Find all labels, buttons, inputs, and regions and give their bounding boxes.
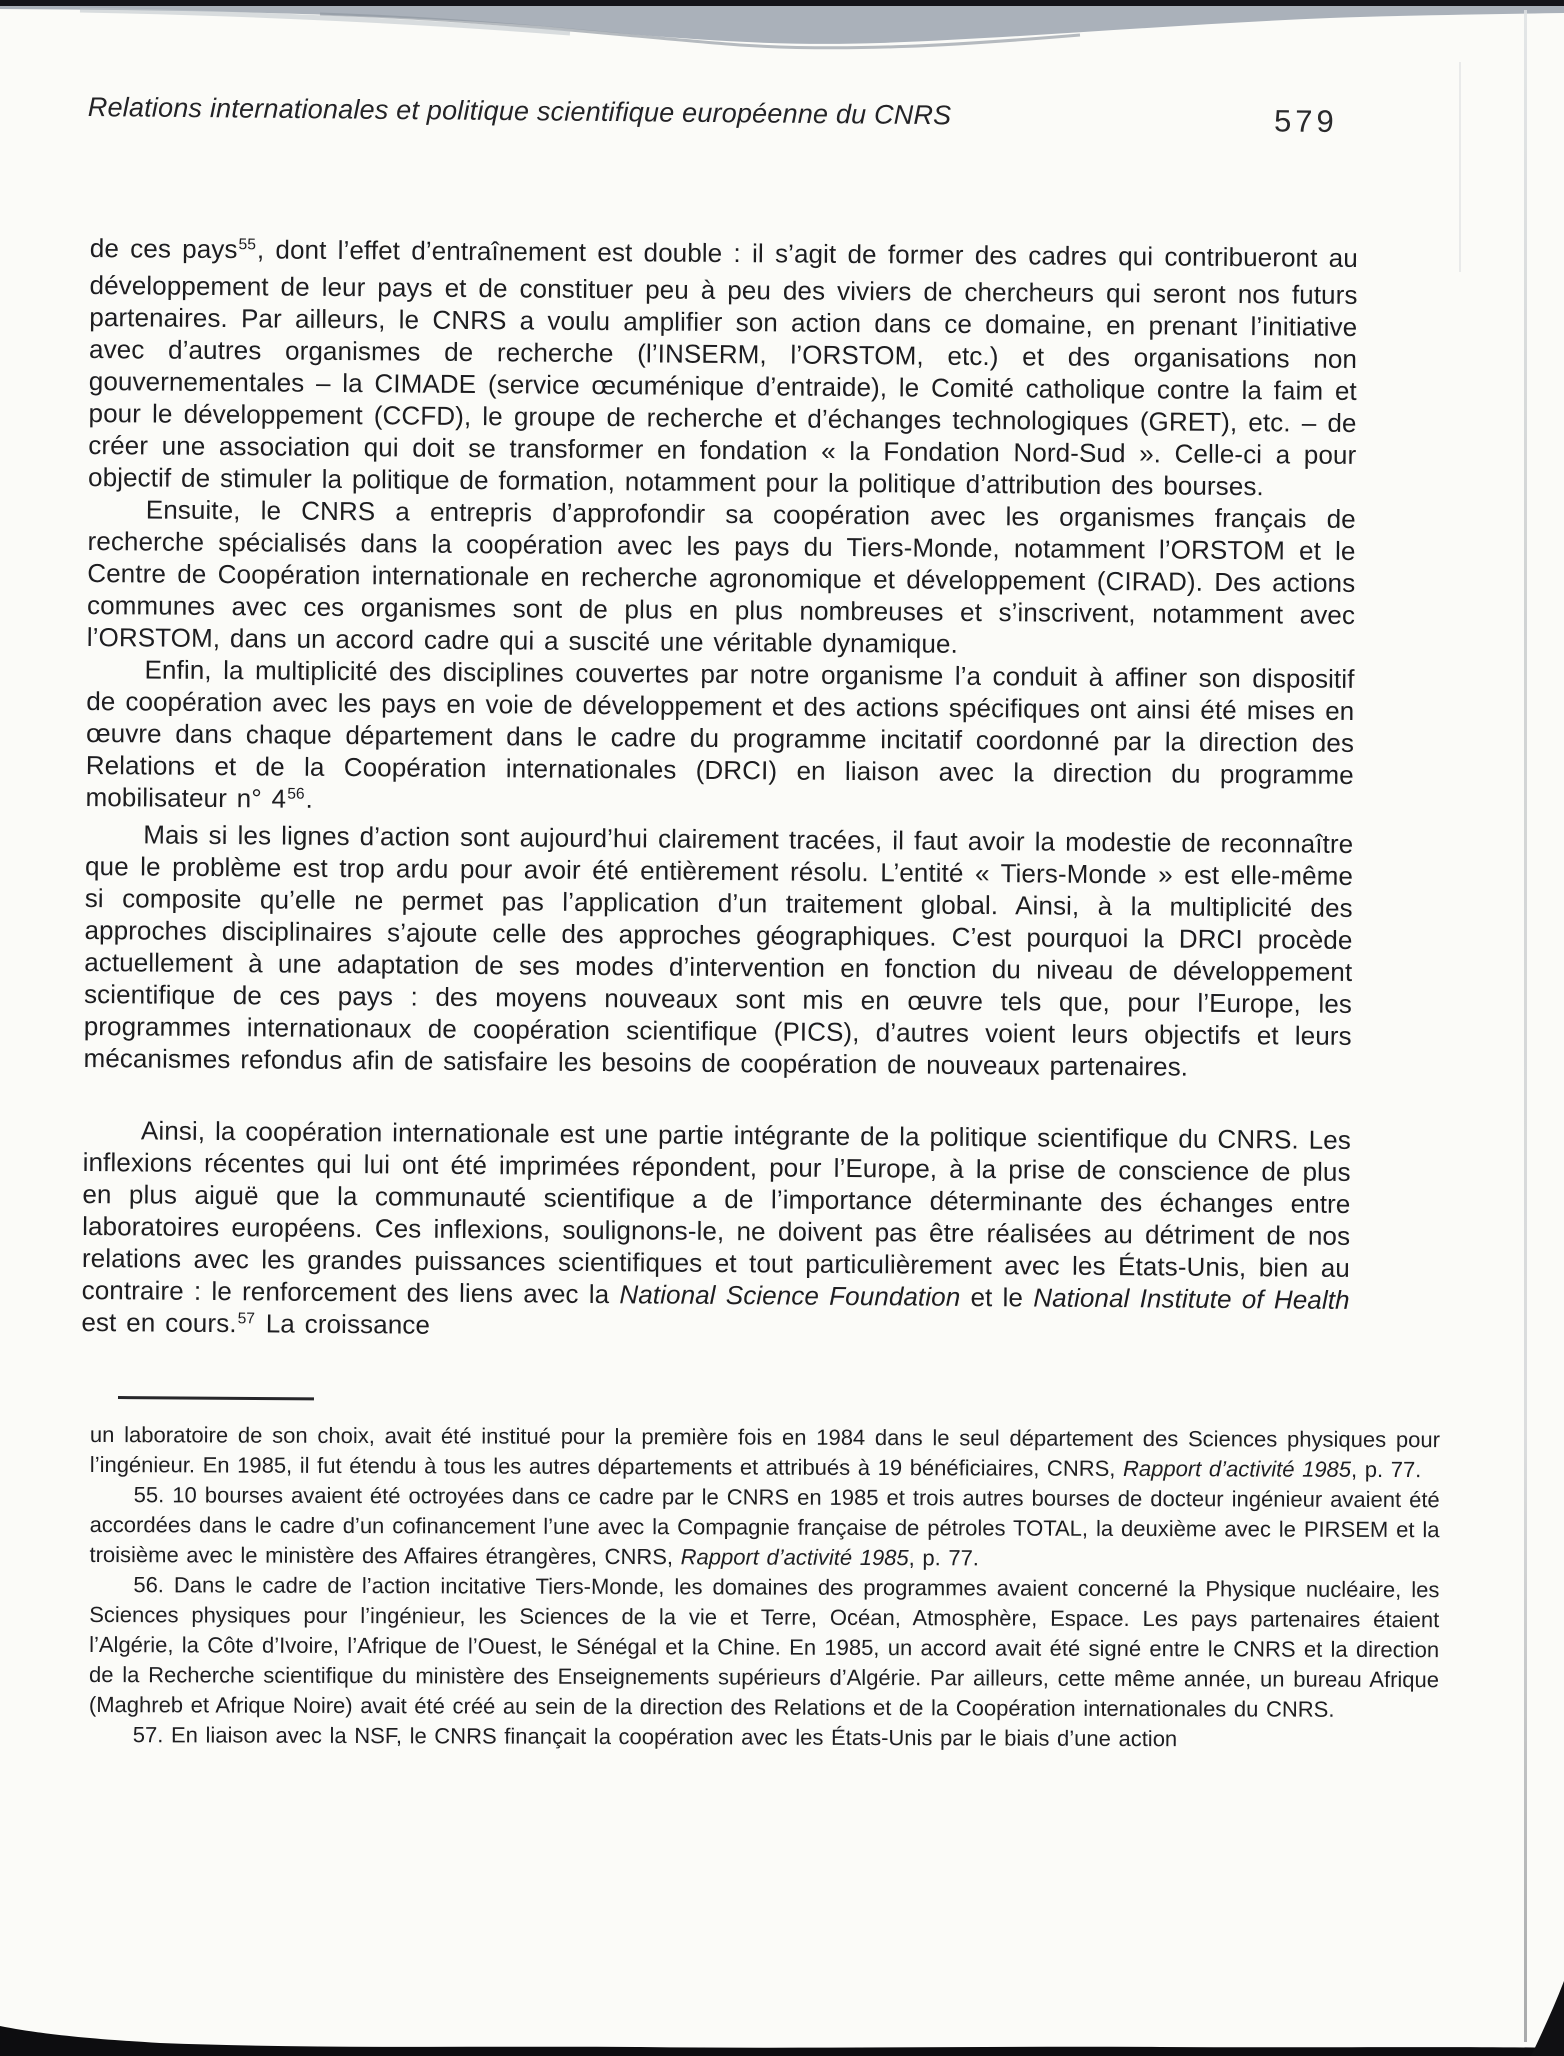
text-run: , p. 77. [909,1545,979,1570]
paragraph: Mais si les lignes d’action sont aujourd… [83,818,1353,1084]
text-run: est en cours. [81,1307,236,1338]
footnotes: un laboratoire de son choix, avait été i… [89,1420,1440,1755]
italic-run: Rapport d’activité 1985 [681,1544,909,1570]
italic-run: National Institute of Health [1033,1282,1350,1314]
footnote-ref-57: 57 [237,1311,256,1328]
paragraph: Enfin, la multiplicité des disciplines c… [85,653,1354,828]
text-run: Enfin, la multiplicité des disciplines c… [85,654,1354,813]
italic-run: Rapport d’activité 1985 [1123,1456,1351,1482]
text-run: , p. 77. [1351,1457,1421,1482]
text-run: . [305,784,313,814]
text-run: de ces pays [90,233,238,264]
footnote-56: 56. Dans le cadre de l’action incitative… [89,1570,1440,1725]
text-run: Ensuite, le CNRS a entrepris d’approfond… [87,494,1356,658]
text-run: Mais si les lignes d’action sont aujourd… [83,819,1353,1081]
paragraph: de ces pays55, dont l’effet d’entraîneme… [88,232,1358,503]
scan-corner-bottom-right [1504,1981,1564,2056]
text-run: La croissance [256,1308,430,1339]
scanned-book-page: Relations internationales et politique s… [0,0,1564,2056]
footnote-55: 55. 10 bourses avaient été octroyées dan… [89,1480,1439,1575]
body-text: de ces pays55, dont l’effet d’entraîneme… [81,232,1358,1353]
text-run: 57. En liaison avec la NSF, le CNRS fina… [133,1722,1178,1751]
italic-run: National Science Foundation [619,1279,960,1312]
footnote-separator [118,1396,314,1400]
paragraph: Ensuite, le CNRS a entrepris d’approfond… [87,493,1356,663]
footnote-54-continuation: un laboratoire de son choix, avait été i… [90,1420,1440,1485]
text-run: 56. Dans le cadre de l’action incitative… [89,1572,1440,1722]
text-run: et le [960,1282,1033,1313]
scan-edge-top [0,0,1564,90]
footnote-57: 57. En liaison avec la NSF, le CNRS fina… [89,1720,1439,1755]
scan-edge-bottom [0,2006,1564,2056]
page-number: 579 [1274,103,1338,140]
running-header-title: Relations internationales et politique s… [88,92,952,131]
running-header: Relations internationales et politique s… [88,92,1338,140]
paragraph: Ainsi, la coopération internationale est… [81,1114,1351,1353]
footnote-ref-56: 56 [286,786,305,803]
page-crease-line [1524,10,1527,2042]
footnote-ref-55: 55 [238,237,257,254]
page-crease-line-faint [1459,62,1461,272]
text-run: , dont l’effet d’entraînement est double… [88,234,1358,501]
